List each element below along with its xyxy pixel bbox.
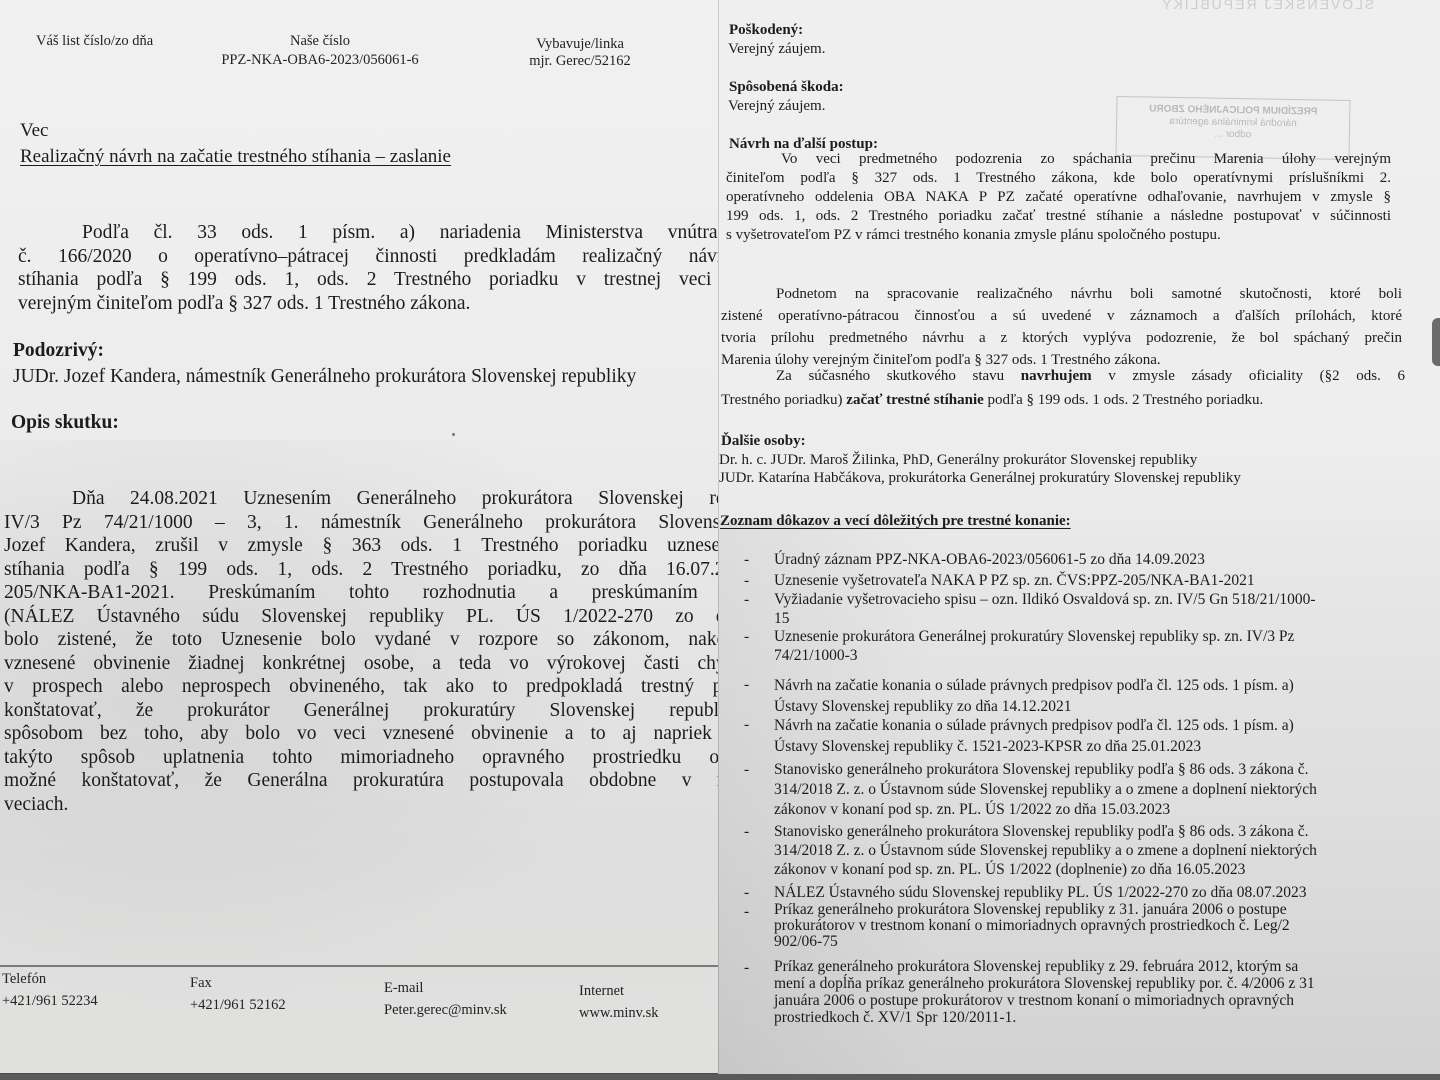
show-through-text: SLOVENSKEJ REPUBLIKY	[1160, 0, 1374, 12]
description-heading: Opis skutku:	[11, 412, 119, 434]
proposal-line: činiteľom podľa § 327 ods. 1 Trestného z…	[726, 169, 1391, 188]
evidence-text: Uznesenie prokurátora Generálnej prokura…	[774, 627, 1294, 665]
description-line: 205/NKA-BA1-2021. Preskúmaním tohto rozh…	[4, 581, 720, 605]
text-run: Za súčasného skutkového stavu	[776, 368, 1021, 384]
bullet-dash: -	[744, 627, 758, 646]
evidence-line: Uznesenie prokurátora Generálnej prokura…	[774, 627, 1294, 646]
subject-label: Vec	[20, 120, 48, 142]
evidence-heading: Zoznam dôkazov a vecí dôležitých pre tre…	[720, 513, 1071, 530]
proposal-paragraph-3: Za súčasného skutkového stavu navrhujem …	[721, 364, 1405, 412]
bottom-edge	[0, 1074, 1440, 1080]
evidence-text: Vyžiadanie vyšetrovacieho spisu – ozn. I…	[774, 590, 1316, 628]
evidence-line: januára 2006 o postupe prokurátorov v tr…	[774, 992, 1315, 1009]
bullet-dash: -	[744, 822, 758, 841]
evidence-line: Vyžiadanie vyšetrovacieho spisu – ozn. I…	[774, 590, 1316, 609]
bullet-dash: -	[744, 571, 758, 590]
evidence-text: Príkaz generálneho prokurátora Slovenske…	[774, 958, 1315, 1026]
evidence-line: 15	[774, 609, 1316, 628]
injured-heading: Poškodený:	[729, 22, 803, 39]
description-line: možné konštatovať, že Generálna prokurat…	[4, 769, 720, 793]
footer-phone: Telefón +421/961 52234	[2, 968, 98, 1012]
bullet-dash: -	[744, 958, 758, 977]
speck	[452, 433, 455, 436]
evidence-text: Návrh na začatie konania o súlade právny…	[774, 675, 1294, 717]
description-line: Jozef Kandera, zrušil v zmysle § 363 ods…	[4, 534, 720, 558]
proposal-line: Vo veci predmetného podozrenia zo spácha…	[726, 150, 1391, 169]
document-page-left: Váš list číslo/zo dňa Naše číslo PPZ-NKA…	[0, 0, 720, 1073]
damage-heading: Spôsobená škoda:	[729, 79, 844, 96]
phone-value: +421/961 52234	[2, 990, 98, 1012]
text-run: Trestného poriadku)	[721, 392, 846, 408]
description-line: spôsobom bez toho, aby bolo vo veci vzne…	[4, 722, 720, 746]
text-run: v zmysle zásady oficiality (§2 ods. 6	[1092, 368, 1405, 384]
internet-label: Internet	[579, 980, 658, 1002]
evidence-line: prostriedkoch č. XV/1 Spr 120/2011-1.	[774, 1009, 1315, 1026]
other-person-1: Dr. h. c. JUDr. Maroš Žilinka, PhD, Gene…	[719, 452, 1197, 469]
suspect-heading: Podozrivý:	[13, 340, 104, 362]
bullet-dash: -	[744, 590, 758, 609]
our-number-value: PPZ-NKA-OBA6-2023/056061-6	[200, 51, 440, 70]
description-line: veciach.	[4, 793, 720, 817]
bullet-dash: -	[744, 715, 758, 734]
binder-clip	[1432, 318, 1440, 366]
bullet-dash: -	[744, 675, 758, 694]
footer-email: E-mail Peter.gerec@minv.sk	[384, 977, 507, 1021]
description-line: konštatovať, že prokurátor Generálnej pr…	[4, 699, 720, 723]
footer-internet: Internet www.minv.sk	[579, 980, 658, 1024]
description-line: IV/3 Pz 74/21/1000 – 3, 1. námestník Gen…	[4, 511, 720, 535]
fax-label: Fax	[190, 972, 286, 994]
other-person-2: JUDr. Katarína Habčákova, prokurátorka G…	[719, 470, 1241, 487]
proposal-line: Podnetom na spracovanie realizačného náv…	[721, 283, 1402, 305]
text-run-bold: začať trestné stíhanie	[846, 392, 984, 408]
bullet-dash: -	[744, 760, 758, 779]
evidence-text: Stanovisko generálneho prokurátora Slove…	[774, 822, 1317, 879]
footer-divider	[0, 965, 720, 967]
description-line: (NÁLEZ Ústavného súdu Slovenskej republi…	[4, 605, 720, 629]
description-line: vznesené obvinenie žiadnej konkrétnej os…	[4, 652, 720, 676]
injured-text: Verejný záujem.	[728, 41, 825, 58]
internet-value: www.minv.sk	[579, 1002, 658, 1024]
intro-paragraph: Podľa čl. 33 ods. 1 písm. a) nariadenia …	[18, 221, 720, 315]
intro-line: verejným činiteľom podľa § 327 ods. 1 Tr…	[18, 292, 720, 316]
evidence-text: NÁLEZ Ústavného súdu Slovenskej republik…	[774, 883, 1307, 902]
page-seam	[718, 0, 719, 1074]
evidence-line: zákonov v konaní pod sp. zn. PL. ÚS 1/20…	[774, 800, 1317, 820]
intro-line: č. 166/2020 o operatívno–pátracej činnos…	[18, 245, 720, 269]
evidence-line: Ústavy Slovenskej republiky zo dňa 14.12…	[774, 696, 1294, 717]
evidence-line: Stanovisko generálneho prokurátora Slove…	[774, 822, 1317, 841]
footer-fax: Fax +421/961 52162	[190, 972, 286, 1016]
description-line: bolo zistené, že toto Uznesenie bolo vyd…	[4, 628, 720, 652]
your-letter-label: Váš list číslo/zo dňa	[36, 32, 153, 51]
evidence-line: Príkaz generálneho prokurátora Slovenske…	[774, 958, 1315, 975]
evidence-text: Úradný záznam PPZ-NKA-OBA6-2023/056061-5…	[774, 550, 1205, 569]
phone-label: Telefón	[2, 968, 98, 990]
bullet-dash: -	[744, 550, 758, 569]
handled-by-value: mjr. Gerec/52162	[480, 52, 680, 71]
proposal-paragraph-2: Podnetom na spracovanie realizačného náv…	[721, 283, 1402, 371]
evidence-line: 902/06-75	[774, 934, 1290, 950]
proposal-line: operatívneho oddelenia OBA NAKA P PZ zač…	[726, 188, 1391, 207]
email-value: Peter.gerec@minv.sk	[384, 999, 507, 1021]
evidence-text: Príkaz generálneho prokurátora Slovenske…	[774, 902, 1290, 950]
fax-value: +421/961 52162	[190, 994, 286, 1016]
proposal-line: Za súčasného skutkového stavu navrhujem …	[721, 364, 1405, 388]
other-persons-heading: Ďalšie osoby:	[721, 433, 806, 450]
bullet-dash: -	[744, 902, 758, 921]
evidence-line: Príkaz generálneho prokurátora Slovenske…	[774, 902, 1290, 918]
bullet-dash: -	[744, 883, 758, 902]
intro-line: stíhania podľa § 199 ods. 1, ods. 2 Tres…	[18, 268, 720, 292]
evidence-line: Návrh na začatie konania o súlade právny…	[774, 675, 1294, 696]
email-label: E-mail	[384, 977, 507, 999]
evidence-line: Úradný záznam PPZ-NKA-OBA6-2023/056061-5…	[774, 550, 1205, 569]
intro-line: Podľa čl. 33 ods. 1 písm. a) nariadenia …	[18, 221, 720, 245]
proposal-paragraph-1: Vo veci predmetného podozrenia zo spácha…	[726, 150, 1391, 245]
evidence-line: 74/21/1000-3	[774, 646, 1294, 665]
evidence-line: 314/2018 Z. z. o Ústavnom súde Slovenske…	[774, 841, 1317, 860]
description-line: v prospech alebo neprospech obvineného, …	[4, 675, 720, 699]
evidence-line: zákonov v konaní pod sp. zn. PL. ÚS 1/20…	[774, 860, 1317, 879]
proposal-line: tvoria prílohu predmetného návrhu a z kt…	[721, 327, 1402, 349]
evidence-line: prokurátorov v trestnom konaní o mimoria…	[774, 918, 1290, 934]
text-run-bold: navrhujem	[1021, 368, 1092, 384]
proposal-line: zistené operatívno-pátracou činnosťou a …	[721, 305, 1402, 327]
description-paragraph: Dňa 24.08.2021 Uznesením Generálneho pro…	[4, 487, 720, 816]
suspect-text: JUDr. Jozef Kandera, námestník Generálne…	[13, 366, 636, 388]
evidence-line: Stanovisko generálneho prokurátora Slove…	[774, 760, 1317, 780]
evidence-line: Ústavy Slovenskej republiky č. 1521-2023…	[774, 736, 1294, 757]
proposal-line: s vyšetrovateľom PZ v rámci trestného ko…	[726, 226, 1391, 245]
evidence-line: 314/2018 Z. z. o Ústavnom súde Slovenske…	[774, 780, 1317, 800]
evidence-text: Uznesenie vyšetrovateľa NAKA P PZ sp. zn…	[774, 571, 1255, 590]
evidence-line: Uznesenie vyšetrovateľa NAKA P PZ sp. zn…	[774, 571, 1255, 590]
description-line: stíhania podľa § 199 ods. 1, ods. 2 Tres…	[4, 558, 720, 582]
our-number-label: Naše číslo	[200, 32, 440, 51]
evidence-line: Návrh na začatie konania o súlade právny…	[774, 715, 1294, 736]
damage-text: Verejný záujem.	[728, 98, 825, 115]
evidence-line: NÁLEZ Ústavného súdu Slovenskej republik…	[774, 883, 1307, 902]
proposal-line: Trestného poriadku) začať trestné stíhan…	[721, 388, 1405, 412]
evidence-text: Stanovisko generálneho prokurátora Slove…	[774, 760, 1317, 820]
subject-title: Realizačný návrh na začatie trestného st…	[20, 146, 451, 168]
description-line: takýto spôsob uplatnenia tohto mimoriadn…	[4, 746, 720, 770]
description-line: Dňa 24.08.2021 Uznesením Generálneho pro…	[4, 487, 720, 511]
proposal-line: 199 ods. 1, ods. 2 Trestného poriadku za…	[726, 207, 1391, 226]
text-run: podľa § 199 ods. 1 ods. 2 Trestného pori…	[984, 392, 1263, 408]
evidence-text: Návrh na začatie konania o súlade právny…	[774, 715, 1294, 757]
evidence-line: mení a dopĺňa príkaz generálneho prokurá…	[774, 975, 1315, 992]
